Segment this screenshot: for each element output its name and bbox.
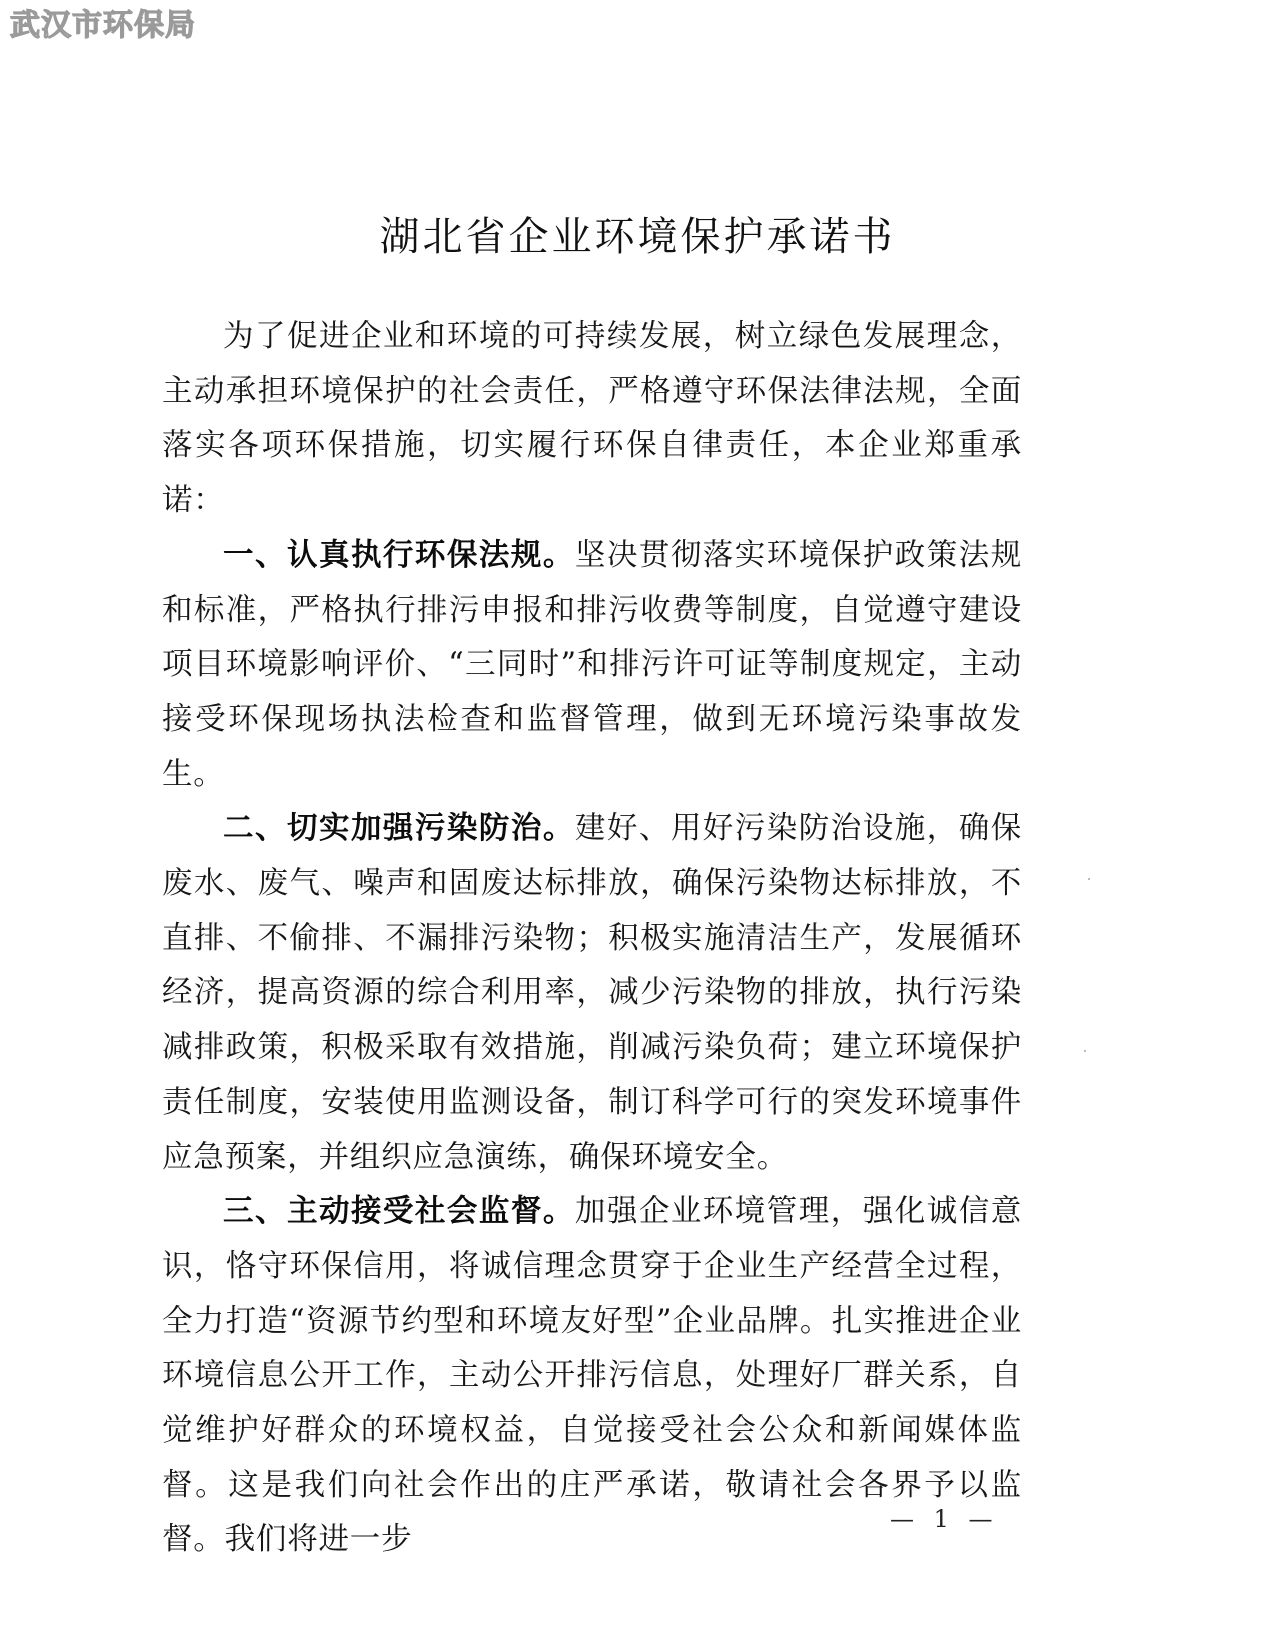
document-title: 湖北省企业环境保护承诺书 [0, 212, 1275, 262]
scan-speck [1084, 1050, 1086, 1052]
commitment-text-2: 建好、用好污染防治设施，确保废水、废气、噪声和固废达标排放，确保污染物达标排放，… [162, 811, 1022, 1174]
commitment-heading-2: 二、切实加强污染防治。 [223, 811, 575, 846]
intro-text: 为了促进企业和环境的可持续发展，树立绿色发展理念，主动承担环境保护的社会责任，严… [162, 319, 1022, 518]
commitment-text-1: 坚决贯彻落实环境保护政策法规和标准，严格执行排污申报和排污收费等制度，自觉遵守建… [162, 538, 1022, 792]
commitment-paragraph-1: 一、认真执行环保法规。坚决贯彻落实环境保护政策法规和标准，严格执行排污申报和排污… [162, 529, 1022, 803]
commitment-text-3: 加强企业环境管理，强化诚信意识，恪守环保信用，将诚信理念贯穿于企业生产经营全过程… [162, 1194, 1022, 1557]
intro-paragraph: 为了促进企业和环境的可持续发展，树立绿色发展理念，主动承担环境保护的社会责任，严… [162, 310, 1022, 529]
document-body: 为了促进企业和环境的可持续发展，树立绿色发展理念，主动承担环境保护的社会责任，严… [162, 310, 1022, 1568]
commitment-heading-1: 一、认真执行环保法规。 [223, 538, 575, 573]
page-number: — 1 — [890, 1504, 999, 1534]
commitment-paragraph-2: 二、切实加强污染防治。建好、用好污染防治设施，确保废水、废气、噪声和固废达标排放… [162, 802, 1022, 1185]
commitment-heading-3: 三、主动接受社会监督。 [223, 1194, 575, 1229]
watermark-label: 武汉市环保局 [10, 8, 196, 44]
scan-speck [1088, 878, 1090, 880]
